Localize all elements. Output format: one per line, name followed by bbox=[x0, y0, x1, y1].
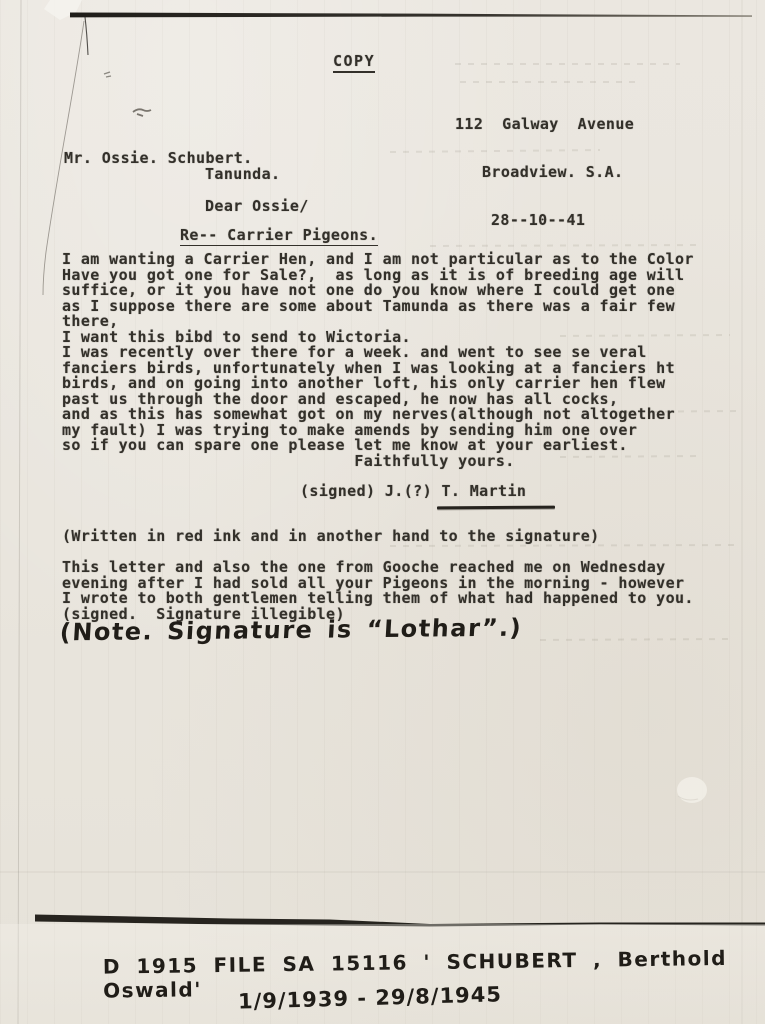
sender-address-line: 112 Galway Avenue bbox=[455, 116, 634, 132]
ink-smudge bbox=[133, 109, 151, 116]
signature-rule bbox=[437, 506, 555, 510]
date-line: 28--10--41 bbox=[491, 212, 634, 228]
left-edge-crease bbox=[18, 0, 21, 1024]
letter-body: I am wanting a Carrier Hen, and I am not… bbox=[62, 252, 694, 469]
text-line: as I suppose there are some about Tamund… bbox=[62, 299, 694, 315]
sender-address: 112 Galway Avenue Broadview. S.A. 28--10… bbox=[455, 84, 634, 260]
handwritten-note: (Note. Signature is “Lothar”.) bbox=[59, 614, 523, 647]
copy-label: COPY bbox=[333, 52, 375, 73]
torn-corner bbox=[44, 0, 82, 20]
ink-smudge bbox=[104, 72, 111, 77]
top-edge-line bbox=[70, 13, 752, 18]
signature-line: (signed) J.(?) T. Martin bbox=[300, 482, 526, 500]
subject-line: Re-- Carrier Pigeons. bbox=[180, 226, 378, 246]
paper-blemish-edge bbox=[678, 796, 698, 800]
top-edge-hook bbox=[85, 17, 88, 55]
paper-blemish bbox=[677, 777, 707, 803]
salutation: Dear Ossie/ bbox=[205, 197, 309, 215]
text-line: Faithfully yours. bbox=[62, 454, 694, 470]
postscript: This letter and also the one from Gooche… bbox=[62, 560, 694, 622]
scanned-letter-page: COPY 112 Galway Avenue Broadview. S.A. 2… bbox=[0, 0, 765, 1024]
sender-address-line: Broadview. S.A. bbox=[482, 164, 634, 180]
recipient-town: Tanunda. bbox=[205, 165, 280, 183]
red-ink-note: (Written in red ink and in another hand … bbox=[62, 527, 600, 545]
